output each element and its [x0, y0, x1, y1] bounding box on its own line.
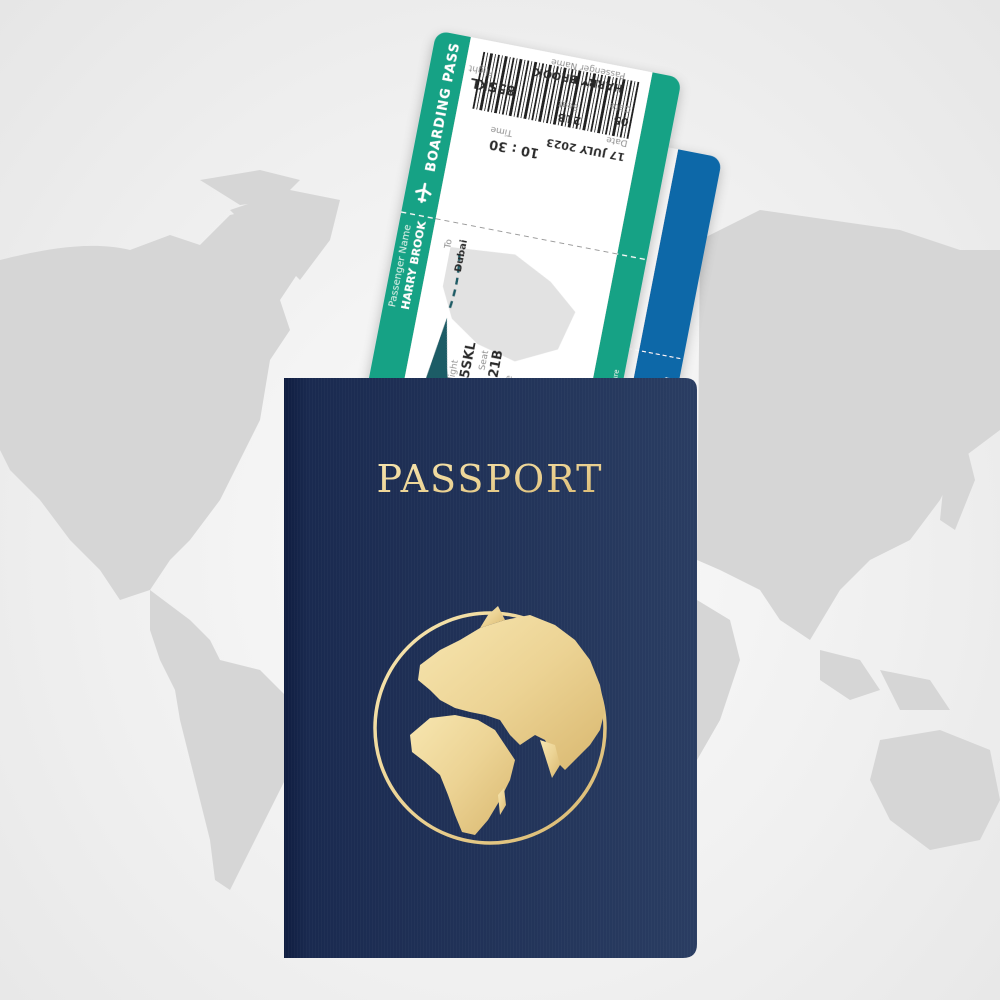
scene: 17 JU Date 05 Gate HARR Passe arture BOA…: [0, 0, 1000, 1000]
passport-title: PASSPORT: [377, 457, 604, 501]
passport[interactable]: PASSPORT: [284, 378, 697, 958]
